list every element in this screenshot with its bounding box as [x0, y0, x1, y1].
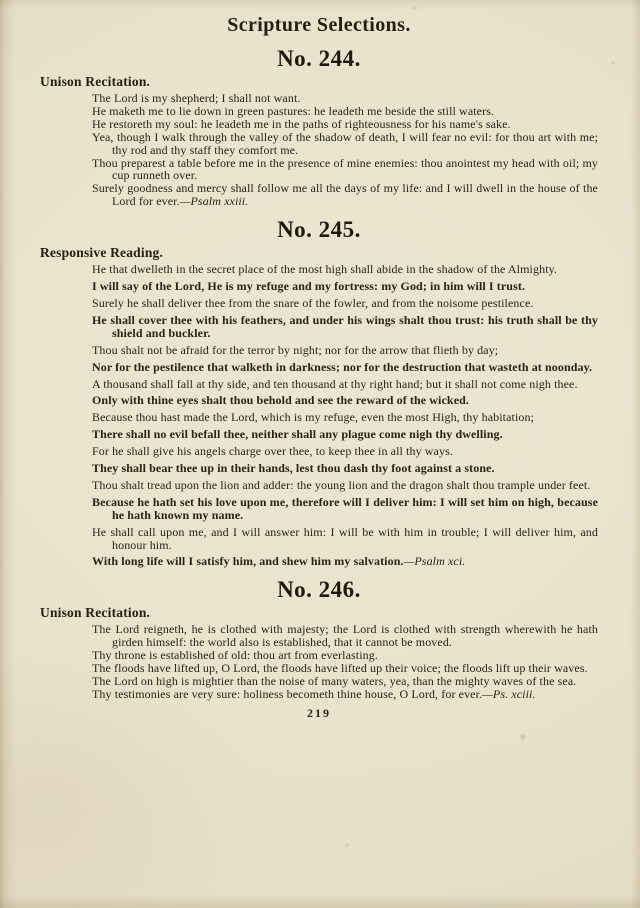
verses-container: The Lord is my shepherd; I shall not wan… — [40, 92, 598, 208]
page-title: Scripture Selections. — [40, 13, 598, 37]
psalm-attribution: —Psalm xxiii. — [180, 194, 249, 208]
verse-text: The Lord reigneth, he is clothed with ma… — [92, 622, 598, 649]
verse-text: The Lord on high is mightier than the no… — [92, 674, 576, 688]
verse-paragraph: Thou shalt not be afraid for the terror … — [92, 344, 598, 357]
verse-text: The Lord is my shepherd; I shall not wan… — [92, 91, 301, 105]
verse-paragraph: Thy testimonies are very sure: holiness … — [92, 688, 598, 701]
verse-paragraph: For he shall give his angels charge over… — [92, 445, 598, 458]
scripture-selection: No. 246.Unison Recitation.The Lord reign… — [40, 577, 598, 700]
scanned-book-page: Scripture Selections. No. 244.Unison Rec… — [0, 0, 640, 908]
verse-text: Surely he shall deliver thee from the sn… — [92, 296, 533, 310]
verse-paragraph: Surely goodness and mercy shall follow m… — [92, 182, 598, 208]
verse-text: Thou preparest a table before me in the … — [92, 156, 598, 183]
verse-text: He shall cover thee with his feathers, a… — [92, 313, 598, 340]
verse-text: Because he hath set his love upon me, th… — [92, 495, 598, 522]
verse-text: Because thou hast made the Lord, which i… — [92, 410, 534, 424]
verse-paragraph: Only with thine eyes shalt thou behold a… — [92, 394, 598, 407]
selection-number: No. 244. — [40, 46, 598, 71]
verse-text: He that dwelleth in the secret place of … — [92, 262, 557, 276]
verse-paragraph: Thou preparest a table before me in the … — [92, 157, 598, 183]
verse-paragraph: They shall bear thee up in their hands, … — [92, 462, 598, 475]
verse-text: Nor for the pestilence that walketh in d… — [92, 360, 592, 374]
verse-text: Thou shalt not be afraid for the terror … — [92, 343, 498, 357]
verses-container: He that dwelleth in the secret place of … — [40, 263, 598, 568]
psalm-attribution: —Psalm xci. — [404, 554, 466, 568]
verse-paragraph: Nor for the pestilence that walketh in d… — [92, 361, 598, 374]
section-heading: Unison Recitation. — [40, 605, 598, 620]
section-heading: Responsive Reading. — [40, 245, 598, 260]
verse-paragraph: I will say of the Lord, He is my refuge … — [92, 280, 598, 293]
verse-text: With long life will I satisfy him, and s… — [92, 554, 404, 568]
section-heading: Unison Recitation. — [40, 74, 598, 89]
verses-container: The Lord reigneth, he is clothed with ma… — [40, 623, 598, 700]
sections-container: No. 244.Unison Recitation.The Lord is my… — [40, 46, 598, 701]
psalm-attribution: —Ps. xciii. — [482, 687, 535, 701]
verse-text: Only with thine eyes shalt thou behold a… — [92, 393, 469, 407]
verse-text: They shall bear thee up in their hands, … — [92, 461, 495, 475]
verse-paragraph: Surely he shall deliver thee from the sn… — [92, 297, 598, 310]
verse-paragraph: Thou shalt tread upon the lion and adder… — [92, 479, 598, 492]
verse-text: The floods have lifted up, O Lord, the f… — [92, 661, 588, 675]
verse-text: Yea, though I walk through the valley of… — [92, 130, 598, 157]
verse-text: There shall no evil befall thee, neither… — [92, 427, 503, 441]
verse-text: I will say of the Lord, He is my refuge … — [92, 279, 525, 293]
page-content: Scripture Selections. No. 244.Unison Rec… — [0, 0, 640, 720]
verse-text: A thousand shall fall at thy side, and t… — [92, 377, 578, 391]
verse-text: Thy throne is established of old: thou a… — [92, 648, 378, 662]
selection-number: No. 246. — [40, 577, 598, 602]
verse-paragraph: There shall no evil befall thee, neither… — [92, 428, 598, 441]
verse-paragraph: Yea, though I walk through the valley of… — [92, 131, 598, 157]
verse-text: Thy testimonies are very sure: holiness … — [92, 687, 482, 701]
verse-paragraph: He shall cover thee with his feathers, a… — [92, 314, 598, 340]
verse-text: He maketh me to lie down in green pastur… — [92, 104, 494, 118]
selection-number: No. 245. — [40, 217, 598, 242]
verse-text: Surely goodness and mercy shall follow m… — [92, 181, 598, 208]
page-number: 219 — [40, 706, 598, 720]
verse-text: He restoreth my soul: he leadeth me in t… — [92, 117, 511, 131]
verse-paragraph: With long life will I satisfy him, and s… — [92, 555, 598, 568]
verse-paragraph: He that dwelleth in the secret place of … — [92, 263, 598, 276]
verse-paragraph: The Lord reigneth, he is clothed with ma… — [92, 623, 598, 649]
verse-paragraph: Because thou hast made the Lord, which i… — [92, 411, 598, 424]
verse-text: For he shall give his angels charge over… — [92, 444, 453, 458]
verse-paragraph: Because he hath set his love upon me, th… — [92, 496, 598, 522]
verse-paragraph: A thousand shall fall at thy side, and t… — [92, 378, 598, 391]
verse-paragraph: He shall call upon me, and I will answer… — [92, 526, 598, 552]
scripture-selection: No. 245.Responsive Reading.He that dwell… — [40, 217, 598, 568]
scripture-selection: No. 244.Unison Recitation.The Lord is my… — [40, 46, 598, 208]
verse-text: He shall call upon me, and I will answer… — [92, 525, 598, 552]
verse-text: Thou shalt tread upon the lion and adder… — [92, 478, 590, 492]
